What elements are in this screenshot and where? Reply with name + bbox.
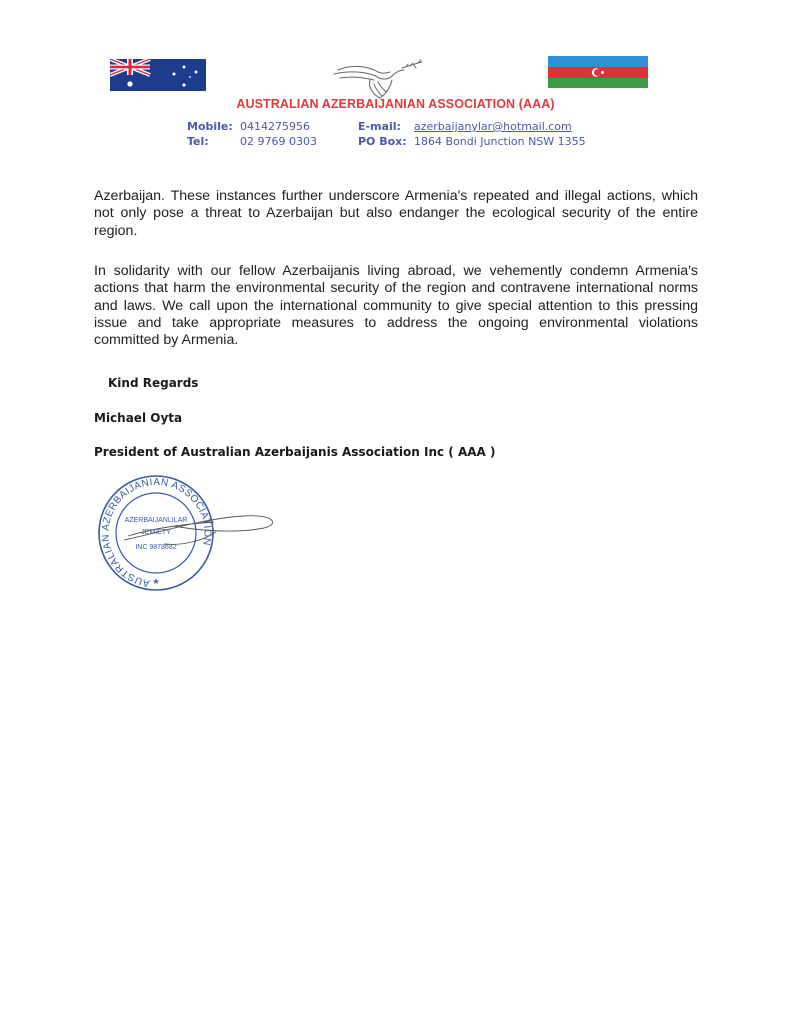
contact-address-block: E-mail:azerbaijanylar@hotmail.com PO Box… — [358, 119, 586, 149]
letter-page: AUSTRALIAN AZERBAIJANIAN ASSOCIATION (AA… — [0, 0, 791, 1024]
dove-logo-icon — [330, 54, 430, 102]
tel-label: Tel: — [187, 134, 240, 149]
closing-salutation: Kind Regards — [108, 376, 198, 390]
mobile-label: Mobile: — [187, 119, 240, 134]
pobox-address: 1864 Bondi Junction NSW 1355 — [414, 135, 586, 148]
azerbaijan-flag-icon — [548, 56, 648, 88]
signatory-title: President of Australian Azerbaijanis Ass… — [94, 445, 495, 459]
email-label: E-mail: — [358, 119, 414, 134]
australian-flag-icon — [110, 59, 206, 91]
stamp-line-3: INC 9878682 — [135, 544, 176, 551]
email-link[interactable]: azerbaijanylar@hotmail.com — [414, 120, 572, 133]
mobile-number: 0414275956 — [240, 120, 310, 133]
contact-phone-block: Mobile:0414275956 Tel:02 9769 0303 — [187, 119, 317, 149]
tel-number: 02 9769 0303 — [240, 135, 317, 148]
official-stamp-icon: AUSTRALIAN AZERBAIJANIAN ASSOCIATION ★ A… — [94, 474, 284, 592]
svg-text:★: ★ — [152, 577, 159, 586]
signatory-name: Michael Oyta — [94, 411, 182, 425]
organization-title: AUSTRALIAN AZERBAIJANIAN ASSOCIATION (AA… — [0, 97, 791, 111]
pobox-label: PO Box: — [358, 134, 414, 149]
body-paragraph-2: In solidarity with our fellow Azerbaijan… — [94, 263, 698, 349]
body-paragraph-1: Azerbaijan. These instances further unde… — [94, 188, 698, 240]
stamp-line-1: AZERBAIJANLILAR — [125, 517, 188, 524]
